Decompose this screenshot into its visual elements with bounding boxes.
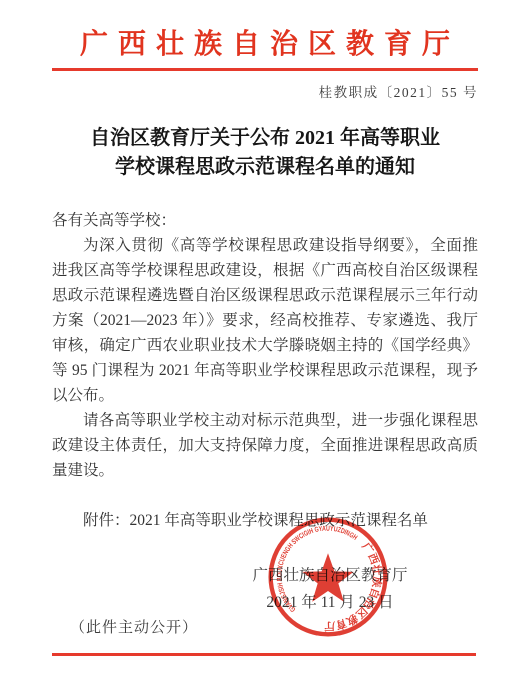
document-title-line2: 学校课程思政示范课程名单的通知 (20, 153, 510, 182)
document-body: 各有关高等学校： 为深入贯彻《高等学校课程思政建设指导纲要》，全面推进我区高等学… (52, 208, 478, 533)
agency-masthead: 广西壮族自治区教育厅 (0, 22, 530, 62)
footer-rule (52, 653, 476, 656)
document-number: 桂教职成〔2021〕55 号 (319, 81, 478, 101)
star-icon (302, 553, 353, 602)
document-title-line1: 自治区教育厅关于公布 2021 年高等职业 (20, 124, 510, 153)
document-page: 广西壮族自治区教育厅 桂教职成〔2021〕55 号 自治区教育厅关于公布 202… (0, 0, 530, 681)
document-title: 自治区教育厅关于公布 2021 年高等职业 学校课程思政示范课程名单的通知 (20, 124, 510, 182)
official-seal: GVANGJSIH BOUXCUENGH SWCIGIH GYAUYUZDING… (266, 515, 390, 639)
attachment-line: 附件：2021 年高等职业学校课程思政示范课程名单 (52, 508, 478, 533)
masthead-rule (52, 68, 478, 71)
disclosure-note: （此件主动公开） (70, 616, 198, 637)
paragraph-1: 为深入贯彻《高等学校课程思政建设指导纲要》，全面推进我区高等学校课程思政建设，根… (52, 233, 478, 408)
salutation: 各有关高等学校： (52, 208, 478, 233)
paragraph-2: 请各高等职业学校主动对标示范典型，进一步强化课程思政建设主体责任，加大支持保障力… (52, 408, 478, 483)
